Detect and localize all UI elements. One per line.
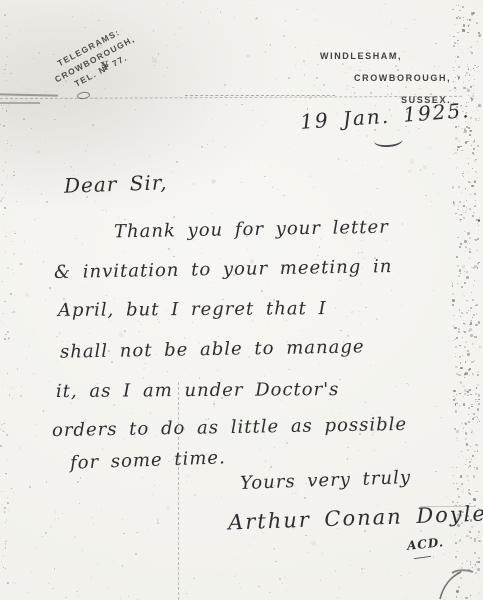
body-line-3: April, but I regret that I — [58, 298, 327, 321]
bottom-right-pen-mark — [428, 558, 482, 600]
address-line-windlesham: WINDLESHAM, — [320, 51, 402, 61]
body-line-5: it, as I am under Doctor's — [56, 379, 340, 402]
horizontal-fold-crease-dark-segment — [185, 95, 335, 96]
scanned-letter-page: TELEGRAMS: CROWBOROUGH, TEL. Nº 77. ¥ WI… — [0, 0, 483, 600]
salutation: Dear Sir, — [64, 170, 168, 198]
address-line-crowborough: CROWBOROUGH, — [354, 73, 451, 83]
vertical-fold-crease — [178, 382, 179, 600]
